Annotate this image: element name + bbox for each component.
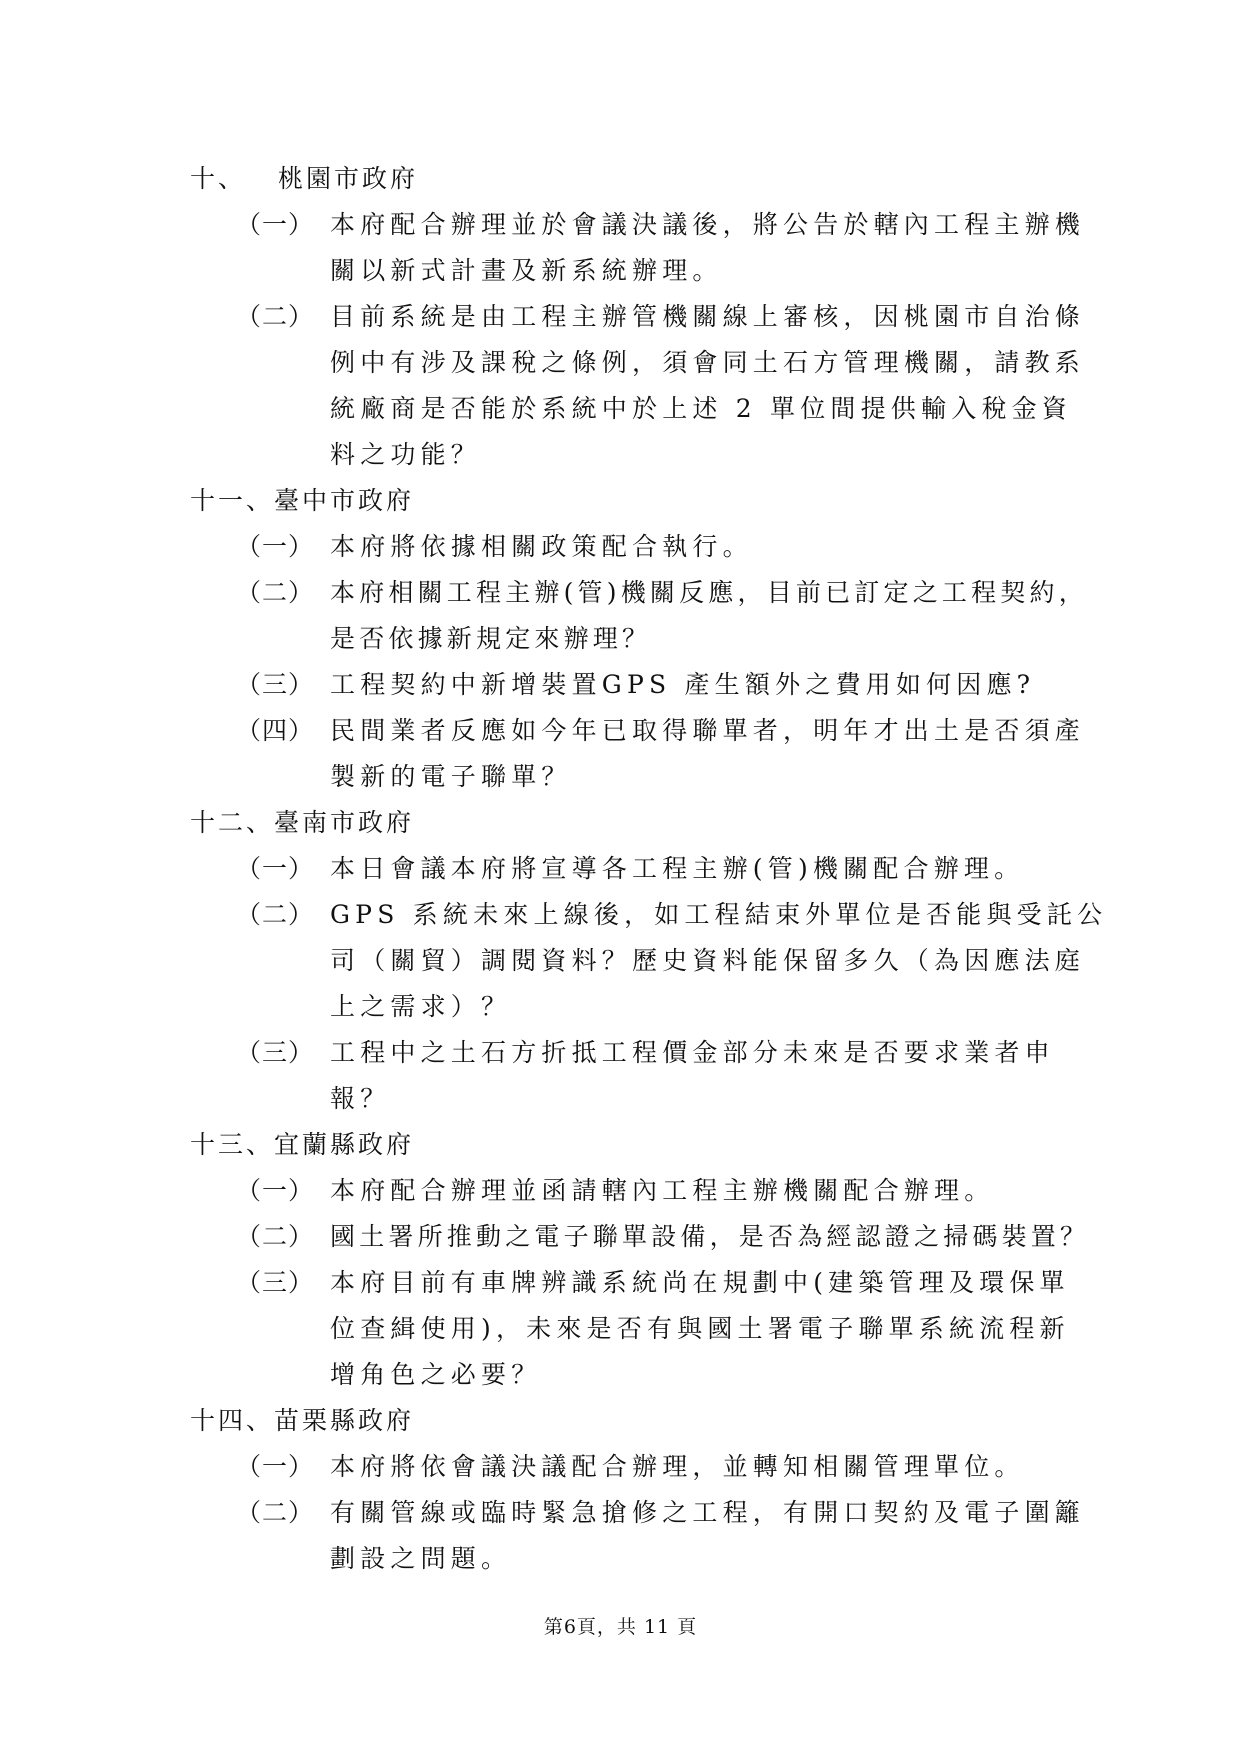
section-heading: 十一、 臺中市政府 bbox=[190, 478, 1070, 524]
item-text: 工程中之土石方折抵工程價金部分未來是否要求業者申 報？ bbox=[330, 1030, 1030, 1122]
list-item: （一） 本府配合辦理並函請轄內工程主辦機關配合辦理。 bbox=[190, 1168, 1070, 1214]
item-text: 本府將依據相關政策配合執行。 bbox=[330, 524, 1030, 570]
item-marker: （四） bbox=[236, 708, 330, 754]
section-heading: 十三、 宜蘭縣政府 bbox=[190, 1122, 1070, 1168]
item-text: 工程契約中新增裝置GPS 產生額外之費用如何因應? bbox=[330, 662, 1030, 708]
text-line: 本府配合辦理並於會議決議後，將公告於轄內工程主辦機 bbox=[330, 202, 1030, 248]
item-text: 國土署所推動之電子聯單設備，是否為經認證之掃碼裝置？ bbox=[330, 1214, 1030, 1260]
text-line: 目前系統是由工程主辦管機關線上審核，因桃園市自治條 bbox=[330, 294, 1030, 340]
text-line: 本日會議本府將宣導各工程主辦(管)機關配合辦理。 bbox=[330, 846, 1030, 892]
item-marker: （一） bbox=[236, 524, 330, 570]
item-marker: （三） bbox=[236, 662, 330, 708]
list-item: （一） 本日會議本府將宣導各工程主辦(管)機關配合辦理。 bbox=[190, 846, 1070, 892]
section-title: 臺南市政府 bbox=[274, 800, 414, 846]
text-line: 劃設之問題。 bbox=[330, 1536, 1030, 1582]
text-line: 上之需求）？ bbox=[330, 984, 1030, 1030]
page-number-footer: 第6頁，共 11 頁 bbox=[0, 1612, 1241, 1639]
item-marker: （一） bbox=[236, 846, 330, 892]
text-line: 報？ bbox=[330, 1076, 1030, 1122]
item-marker: （一） bbox=[236, 1168, 330, 1214]
list-item: （二） 有關管線或臨時緊急搶修之工程，有開口契約及電子圍籬 劃設之問題。 bbox=[190, 1490, 1070, 1582]
item-marker: （二） bbox=[236, 1490, 330, 1536]
section-taoyuan: 十、 桃園市政府 （一） 本府配合辦理並於會議決議後，將公告於轄內工程主辦機 關… bbox=[190, 156, 1070, 478]
item-marker: （一） bbox=[236, 1444, 330, 1490]
section-yilan: 十三、 宜蘭縣政府 （一） 本府配合辦理並函請轄內工程主辦機關配合辦理。 （二）… bbox=[190, 1122, 1070, 1398]
section-number: 十四、 bbox=[190, 1398, 274, 1444]
item-text: 本府將依會議決議配合辦理，並轉知相關管理單位。 bbox=[330, 1444, 1030, 1490]
text-line: 位查緝使用)，未來是否有與國土署電子聯單系統流程新 bbox=[330, 1306, 1030, 1352]
item-marker: （二） bbox=[236, 1214, 330, 1260]
item-text: 有關管線或臨時緊急搶修之工程，有開口契約及電子圍籬 劃設之問題。 bbox=[330, 1490, 1030, 1582]
text-line: 例中有涉及課稅之條例，須會同土石方管理機關，請教系 bbox=[330, 340, 1030, 386]
text-line: 統廠商是否能於系統中於上述 2 單位間提供輸入稅金資 bbox=[330, 386, 1030, 432]
document-body: 十、 桃園市政府 （一） 本府配合辦理並於會議決議後，將公告於轄內工程主辦機 關… bbox=[190, 156, 1070, 1582]
list-item: （三） 工程中之土石方折抵工程價金部分未來是否要求業者申 報？ bbox=[190, 1030, 1070, 1122]
list-item: （一） 本府將依據相關政策配合執行。 bbox=[190, 524, 1070, 570]
text-line: 國土署所推動之電子聯單設備，是否為經認證之掃碼裝置？ bbox=[330, 1214, 1030, 1260]
item-text: 本日會議本府將宣導各工程主辦(管)機關配合辦理。 bbox=[330, 846, 1030, 892]
item-marker: （二） bbox=[236, 892, 330, 938]
list-item: （四） 民間業者反應如今年已取得聯單者，明年才出土是否須產 製新的電子聯單？ bbox=[190, 708, 1070, 800]
item-text: 本府目前有車牌辨識系統尚在規劃中(建築管理及環保單 位查緝使用)，未來是否有與國… bbox=[330, 1260, 1030, 1398]
section-heading: 十二、 臺南市政府 bbox=[190, 800, 1070, 846]
list-item: （二） 目前系統是由工程主辦管機關線上審核，因桃園市自治條 例中有涉及課稅之條例… bbox=[190, 294, 1070, 478]
text-line: 是否依據新規定來辦理？ bbox=[330, 616, 1030, 662]
section-number: 十三、 bbox=[190, 1122, 274, 1168]
section-title: 宜蘭縣政府 bbox=[274, 1122, 414, 1168]
list-item: （三） 工程契約中新增裝置GPS 產生額外之費用如何因應? bbox=[190, 662, 1070, 708]
section-number: 十二、 bbox=[190, 800, 274, 846]
section-miaoli: 十四、 苗栗縣政府 （一） 本府將依會議決議配合辦理，並轉知相關管理單位。 （二… bbox=[190, 1398, 1070, 1582]
list-item: （二） GPS 系統未來上線後，如工程結束外單位是否能與受託公 司（關貿）調閱資… bbox=[190, 892, 1070, 1030]
text-line: 本府相關工程主辦(管)機關反應，目前已訂定之工程契約， bbox=[330, 570, 1030, 616]
text-line: 民間業者反應如今年已取得聯單者，明年才出土是否須產 bbox=[330, 708, 1030, 754]
item-marker: （二） bbox=[236, 294, 330, 340]
item-text: 民間業者反應如今年已取得聯單者，明年才出土是否須產 製新的電子聯單？ bbox=[330, 708, 1030, 800]
text-line: 本府配合辦理並函請轄內工程主辦機關配合辦理。 bbox=[330, 1168, 1030, 1214]
item-text: GPS 系統未來上線後，如工程結束外單位是否能與受託公 司（關貿）調閱資料？歷史… bbox=[330, 892, 1030, 1030]
list-item: （一） 本府將依會議決議配合辦理，並轉知相關管理單位。 bbox=[190, 1444, 1070, 1490]
section-title: 苗栗縣政府 bbox=[274, 1398, 414, 1444]
item-text: 目前系統是由工程主辦管機關線上審核，因桃園市自治條 例中有涉及課稅之條例，須會同… bbox=[330, 294, 1030, 478]
item-text: 本府相關工程主辦(管)機關反應，目前已訂定之工程契約， 是否依據新規定來辦理？ bbox=[330, 570, 1030, 662]
section-heading: 十、 桃園市政府 bbox=[190, 156, 1070, 202]
item-marker: （三） bbox=[236, 1260, 330, 1306]
text-line: 司（關貿）調閱資料？歷史資料能保留多久（為因應法庭 bbox=[330, 938, 1030, 984]
text-line: 本府將依據相關政策配合執行。 bbox=[330, 524, 1030, 570]
text-line: 料之功能？ bbox=[330, 432, 1030, 478]
list-item: （二） 本府相關工程主辦(管)機關反應，目前已訂定之工程契約， 是否依據新規定來… bbox=[190, 570, 1070, 662]
text-line: 製新的電子聯單？ bbox=[330, 754, 1030, 800]
section-number: 十、 bbox=[190, 156, 278, 202]
section-title: 桃園市政府 bbox=[278, 156, 418, 202]
text-line: 關以新式計畫及新系統辦理。 bbox=[330, 248, 1030, 294]
item-marker: （二） bbox=[236, 570, 330, 616]
item-marker: （一） bbox=[236, 202, 330, 248]
list-item: （三） 本府目前有車牌辨識系統尚在規劃中(建築管理及環保單 位查緝使用)，未來是… bbox=[190, 1260, 1070, 1398]
section-tainan: 十二、 臺南市政府 （一） 本日會議本府將宣導各工程主辦(管)機關配合辦理。 （… bbox=[190, 800, 1070, 1122]
text-line: 有關管線或臨時緊急搶修之工程，有開口契約及電子圍籬 bbox=[330, 1490, 1030, 1536]
section-heading: 十四、 苗栗縣政府 bbox=[190, 1398, 1070, 1444]
document-page: 十、 桃園市政府 （一） 本府配合辦理並於會議決議後，將公告於轄內工程主辦機 關… bbox=[0, 0, 1241, 1755]
text-line: 增角色之必要？ bbox=[330, 1352, 1030, 1398]
text-line: 工程契約中新增裝置GPS 產生額外之費用如何因應? bbox=[330, 662, 1030, 708]
item-text: 本府配合辦理並函請轄內工程主辦機關配合辦理。 bbox=[330, 1168, 1030, 1214]
item-marker: （三） bbox=[236, 1030, 330, 1076]
text-line: GPS 系統未來上線後，如工程結束外單位是否能與受託公 bbox=[330, 892, 1030, 938]
text-line: 本府將依會議決議配合辦理，並轉知相關管理單位。 bbox=[330, 1444, 1030, 1490]
text-line: 工程中之土石方折抵工程價金部分未來是否要求業者申 bbox=[330, 1030, 1030, 1076]
list-item: （二） 國土署所推動之電子聯單設備，是否為經認證之掃碼裝置？ bbox=[190, 1214, 1070, 1260]
list-item: （一） 本府配合辦理並於會議決議後，將公告於轄內工程主辦機 關以新式計畫及新系統… bbox=[190, 202, 1070, 294]
section-number: 十一、 bbox=[190, 478, 274, 524]
section-taichung: 十一、 臺中市政府 （一） 本府將依據相關政策配合執行。 （二） 本府相關工程主… bbox=[190, 478, 1070, 800]
text-line: 本府目前有車牌辨識系統尚在規劃中(建築管理及環保單 bbox=[330, 1260, 1030, 1306]
item-text: 本府配合辦理並於會議決議後，將公告於轄內工程主辦機 關以新式計畫及新系統辦理。 bbox=[330, 202, 1030, 294]
section-title: 臺中市政府 bbox=[274, 478, 414, 524]
